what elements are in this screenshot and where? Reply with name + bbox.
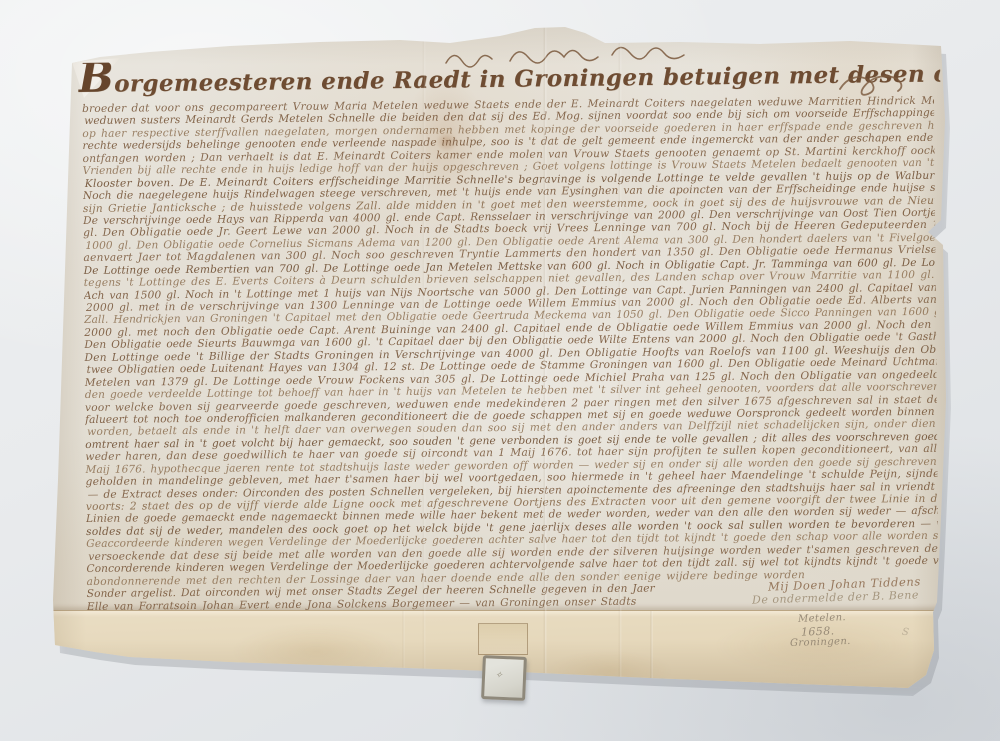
parchment-document: Borgemeesteren ende Raedt in Groningen b… [50, 25, 948, 693]
pencil-mark: S [901, 627, 909, 639]
photo-scene: Borgemeesteren ende Raedt in Groningen b… [0, 0, 1000, 741]
manuscript-body: broeder dat voor ons gecompareert Vrouw … [82, 95, 939, 617]
plica-crease [650, 611, 653, 711]
plica-crease [402, 611, 405, 711]
seal-tag: ✧ [481, 655, 527, 701]
seal-tag-mark: ✧ [495, 671, 503, 681]
archival-note-name: Metelen. [798, 612, 846, 625]
archival-note-place: Groningen. [790, 636, 851, 649]
seal-tag-slit [478, 623, 528, 655]
